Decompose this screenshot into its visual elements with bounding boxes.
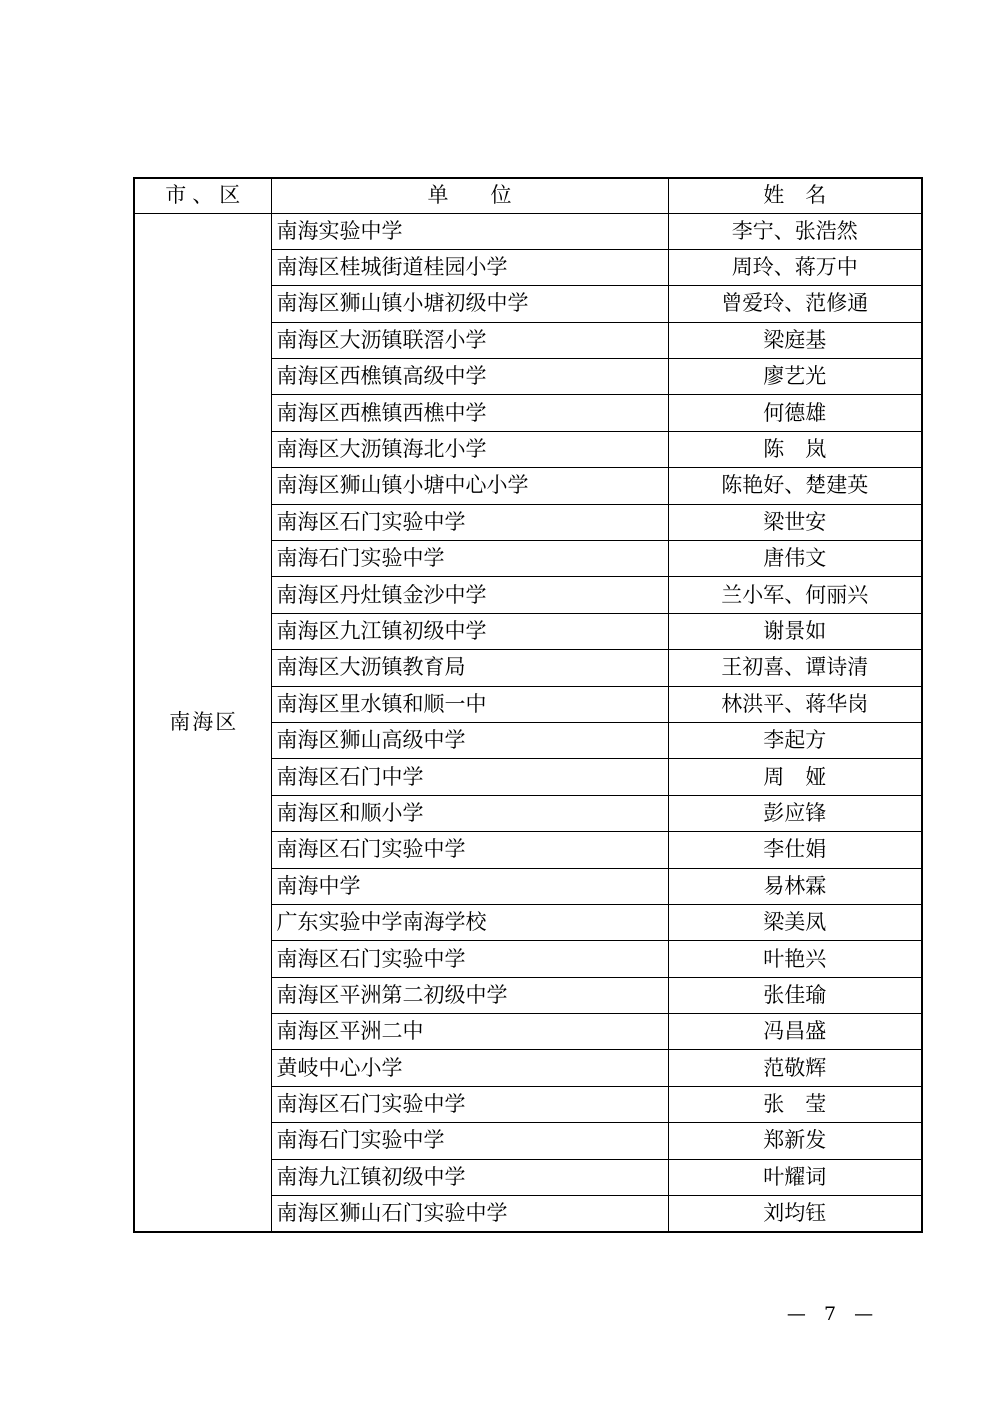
- name-cell: 叶耀词: [668, 1159, 922, 1195]
- name-cell: 刘均钰: [668, 1196, 922, 1232]
- unit-cell: 南海区九江镇初级中学: [271, 613, 668, 649]
- unit-cell: 南海区石门实验中学: [271, 832, 668, 868]
- unit-cell: 南海区石门实验中学: [271, 504, 668, 540]
- name-cell: 兰小军、何丽兴: [668, 577, 922, 613]
- unit-cell: 南海区大沥镇联滘小学: [271, 322, 668, 358]
- name-cell: 张佳瑜: [668, 977, 922, 1013]
- col-header-district: 市、区: [134, 178, 271, 213]
- name-cell: 李宁、张浩然: [668, 213, 922, 249]
- unit-cell: 南海实验中学: [271, 213, 668, 249]
- name-cell: 唐伟文: [668, 541, 922, 577]
- unit-cell: 南海区狮山高级中学: [271, 722, 668, 758]
- name-cell: 李仕娟: [668, 832, 922, 868]
- col-header-name: 姓 名: [668, 178, 922, 213]
- name-cell: 冯昌盛: [668, 1014, 922, 1050]
- unit-cell: 南海区石门实验中学: [271, 1086, 668, 1122]
- table-header: 市、区 单 位 姓 名: [134, 178, 922, 213]
- unit-cell: 南海区石门中学: [271, 759, 668, 795]
- name-cell: 林洪平、蒋华岗: [668, 686, 922, 722]
- unit-cell: 南海石门实验中学: [271, 541, 668, 577]
- name-cell: 谢景如: [668, 613, 922, 649]
- name-cell: 周 娅: [668, 759, 922, 795]
- name-cell: 陈 岚: [668, 431, 922, 467]
- name-cell: 梁世安: [668, 504, 922, 540]
- name-cell: 易林霖: [668, 868, 922, 904]
- name-cell: 梁庭基: [668, 322, 922, 358]
- name-cell: 廖艺光: [668, 359, 922, 395]
- table-body: 南海区南海实验中学李宁、张浩然南海区桂城街道桂园小学周玲、蒋万中南海区狮山镇小塘…: [134, 213, 922, 1232]
- name-cell: 何德雄: [668, 395, 922, 431]
- name-cell: 李起方: [668, 722, 922, 758]
- name-cell: 郑新发: [668, 1123, 922, 1159]
- unit-cell: 南海区西樵镇高级中学: [271, 359, 668, 395]
- col-header-unit: 单 位: [271, 178, 668, 213]
- unit-cell: 南海区西樵镇西樵中学: [271, 395, 668, 431]
- unit-cell: 南海区狮山镇小塘中心小学: [271, 468, 668, 504]
- unit-cell: 南海区桂城街道桂园小学: [271, 249, 668, 285]
- unit-cell: 南海中学: [271, 868, 668, 904]
- page-number: — 7 —: [770, 1303, 890, 1325]
- unit-cell: 广东实验中学南海学校: [271, 904, 668, 940]
- name-cell: 周玲、蒋万中: [668, 249, 922, 285]
- unit-cell: 黄岐中心小学: [271, 1050, 668, 1086]
- unit-cell: 南海石门实验中学: [271, 1123, 668, 1159]
- name-cell: 梁美凤: [668, 904, 922, 940]
- unit-cell: 南海区丹灶镇金沙中学: [271, 577, 668, 613]
- unit-cell: 南海区里水镇和顺一中: [271, 686, 668, 722]
- unit-cell: 南海区大沥镇教育局: [271, 650, 668, 686]
- award-table: 市、区 单 位 姓 名 南海区南海实验中学李宁、张浩然南海区桂城街道桂园小学周玲…: [133, 177, 923, 1233]
- name-cell: 曾爱玲、范修通: [668, 286, 922, 322]
- unit-cell: 南海区平洲第二初级中学: [271, 977, 668, 1013]
- unit-cell: 南海区平洲二中: [271, 1014, 668, 1050]
- document-page: 市、区 单 位 姓 名 南海区南海实验中学李宁、张浩然南海区桂城街道桂园小学周玲…: [0, 0, 992, 1403]
- unit-cell: 南海区石门实验中学: [271, 941, 668, 977]
- unit-cell: 南海九江镇初级中学: [271, 1159, 668, 1195]
- name-cell: 张 莹: [668, 1086, 922, 1122]
- unit-cell: 南海区狮山石门实验中学: [271, 1196, 668, 1232]
- table-row: 南海区南海实验中学李宁、张浩然: [134, 213, 922, 249]
- name-cell: 彭应锋: [668, 795, 922, 831]
- name-cell: 陈艳好、楚建英: [668, 468, 922, 504]
- district-cell: 南海区: [134, 213, 271, 1232]
- name-cell: 范敬辉: [668, 1050, 922, 1086]
- unit-cell: 南海区和顺小学: [271, 795, 668, 831]
- name-cell: 叶艳兴: [668, 941, 922, 977]
- name-cell: 王初喜、谭诗清: [668, 650, 922, 686]
- header-row: 市、区 单 位 姓 名: [134, 178, 922, 213]
- unit-cell: 南海区狮山镇小塘初级中学: [271, 286, 668, 322]
- unit-cell: 南海区大沥镇海北小学: [271, 431, 668, 467]
